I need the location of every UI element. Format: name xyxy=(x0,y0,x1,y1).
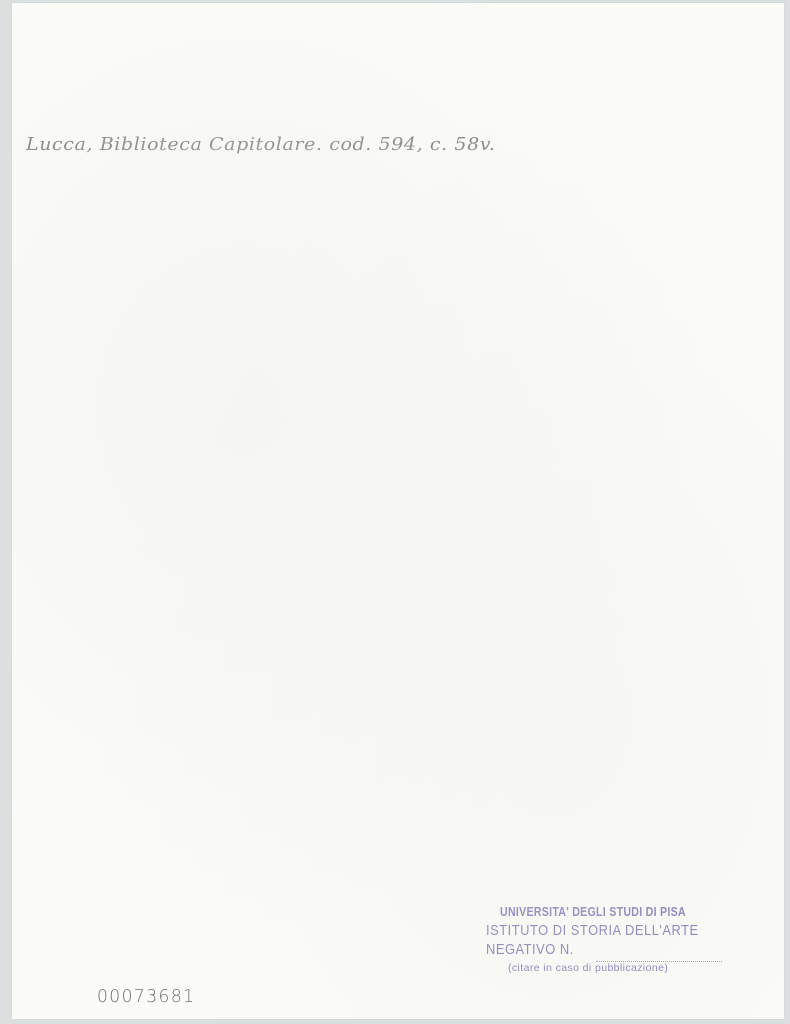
archive-card: Lucca, Biblioteca Capitolare. cod. 594, … xyxy=(12,3,784,1019)
stamp-university: UNIVERSITA' DEGLI STUDI DI PISA xyxy=(500,905,679,918)
handwritten-caption: Lucca, Biblioteca Capitolare. cod. 594, … xyxy=(26,134,496,155)
stamp-institute: ISTITUTO DI STORIA DELL'ARTE xyxy=(486,923,686,938)
institution-stamp: UNIVERSITA' DEGLI STUDI DI PISA ISTITUTO… xyxy=(486,905,718,974)
inventory-number: 00073681 xyxy=(97,986,195,1007)
stamp-negative-row: NEGATIVO N. xyxy=(486,942,718,957)
stamp-negative-label: NEGATIVO N. xyxy=(486,942,574,957)
stamp-note: (citare in caso di pubblicazione) xyxy=(508,963,718,974)
